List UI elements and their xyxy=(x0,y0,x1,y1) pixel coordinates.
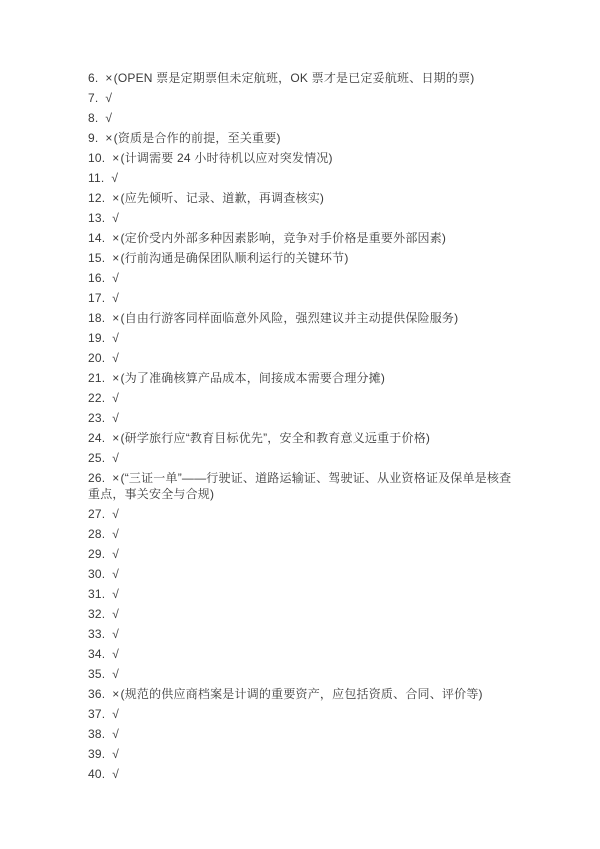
answer-item: 20.√ xyxy=(88,350,512,366)
answer-note: (规范的供应商档案是计调的重要资产，应包括资质、合同、评价等) xyxy=(121,687,483,701)
answer-item: 40.√ xyxy=(88,766,512,782)
document-page: 6.×(OPEN 票是定期票但未定航班，OK 票才是已定妥航班、日期的票) 7.… xyxy=(0,0,600,849)
answer-note: (资质是合作的前提，至关重要) xyxy=(114,131,281,145)
answer-number: 37. xyxy=(88,707,105,721)
answer-note: (定价受内外部多种因素影响，竞争对手价格是重要外部因素) xyxy=(121,231,447,245)
answer-mark: √ xyxy=(112,707,119,721)
answer-mark: × xyxy=(112,371,119,385)
answer-number: 25. xyxy=(88,451,105,465)
answer-mark: × xyxy=(112,231,119,245)
answer-item: 28.√ xyxy=(88,526,512,542)
answer-mark: × xyxy=(112,431,119,445)
answer-item: 22.√ xyxy=(88,390,512,406)
answer-mark: × xyxy=(112,251,119,265)
answer-item: 27.√ xyxy=(88,506,512,522)
answer-number: 30. xyxy=(88,567,105,581)
answer-mark: √ xyxy=(112,627,119,641)
answer-number: 17. xyxy=(88,291,105,305)
answer-number: 33. xyxy=(88,627,105,641)
answer-mark: × xyxy=(112,311,119,325)
answer-item: 6.×(OPEN 票是定期票但未定航班，OK 票才是已定妥航班、日期的票) xyxy=(88,70,512,86)
answer-item: 33.√ xyxy=(88,626,512,642)
answer-mark: √ xyxy=(112,747,119,761)
answer-number: 21. xyxy=(88,371,105,385)
answer-item: 15.×(行前沟通是确保团队顺利运行的关键环节) xyxy=(88,250,512,266)
answer-number: 7. xyxy=(88,91,98,105)
answer-number: 34. xyxy=(88,647,105,661)
answer-mark: √ xyxy=(112,647,119,661)
answer-item: 26.×(“三证一单”——行驶证、道路运输证、驾驶证、从业资格证及保单是核查重点… xyxy=(88,470,512,502)
answer-item: 21.×(为了准确核算产品成本，间接成本需要合理分摊) xyxy=(88,370,512,386)
answer-mark: √ xyxy=(112,351,119,365)
answer-mark: √ xyxy=(112,271,119,285)
answer-mark: √ xyxy=(112,667,119,681)
answer-mark: √ xyxy=(112,587,119,601)
answer-mark: × xyxy=(105,131,112,145)
answer-number: 18. xyxy=(88,311,105,325)
answer-number: 39. xyxy=(88,747,105,761)
answer-item: 25.√ xyxy=(88,450,512,466)
answer-item: 29.√ xyxy=(88,546,512,562)
answer-number: 23. xyxy=(88,411,105,425)
answer-item: 32.√ xyxy=(88,606,512,622)
answer-number: 35. xyxy=(88,667,105,681)
answer-number: 24. xyxy=(88,431,105,445)
answer-item: 30.√ xyxy=(88,566,512,582)
answer-item: 35.√ xyxy=(88,666,512,682)
answer-note: (“三证一单”——行驶证、道路运输证、驾驶证、从业资格证及保单是核查重点，事关安… xyxy=(88,471,511,501)
answer-mark: √ xyxy=(112,291,119,305)
answer-mark: × xyxy=(112,151,119,165)
answer-mark: × xyxy=(112,191,119,205)
answer-note: (OPEN 票是定期票但未定航班，OK 票才是已定妥航班、日期的票) xyxy=(114,71,475,85)
answer-number: 32. xyxy=(88,607,105,621)
answer-mark: × xyxy=(112,471,119,485)
answer-mark: √ xyxy=(112,391,119,405)
answer-number: 20. xyxy=(88,351,105,365)
answer-item: 9.×(资质是合作的前提，至关重要) xyxy=(88,130,512,146)
answer-number: 16. xyxy=(88,271,105,285)
answer-mark: × xyxy=(105,71,112,85)
answer-number: 36. xyxy=(88,687,105,701)
answer-item: 18.×(自由行游客同样面临意外风险，强烈建议并主动提供保险服务) xyxy=(88,310,512,326)
answer-number: 28. xyxy=(88,527,105,541)
answer-mark: √ xyxy=(105,91,112,105)
answer-number: 27. xyxy=(88,507,105,521)
answer-item: 17.√ xyxy=(88,290,512,306)
answer-number: 29. xyxy=(88,547,105,561)
answer-mark: √ xyxy=(105,111,112,125)
answer-number: 13. xyxy=(88,211,105,225)
answer-item: 14.×(定价受内外部多种因素影响，竞争对手价格是重要外部因素) xyxy=(88,230,512,246)
answer-item: 38.√ xyxy=(88,726,512,742)
answer-number: 15. xyxy=(88,251,105,265)
answer-item: 39.√ xyxy=(88,746,512,762)
answer-item: 36.×(规范的供应商档案是计调的重要资产，应包括资质、合同、评价等) xyxy=(88,686,512,702)
answer-number: 8. xyxy=(88,111,98,125)
answer-note: (为了准确核算产品成本，间接成本需要合理分摊) xyxy=(121,371,386,385)
answer-mark: √ xyxy=(111,171,118,185)
answer-number: 22. xyxy=(88,391,105,405)
answer-item: 24.×(研学旅行应“教育目标优先”，安全和教育意义远重于价格) xyxy=(88,430,512,446)
answer-number: 10. xyxy=(88,151,105,165)
answer-mark: √ xyxy=(112,547,119,561)
answer-number: 14. xyxy=(88,231,105,245)
answer-note: (计调需要 24 小时待机以应对突发情况) xyxy=(121,151,333,165)
answer-list: 6.×(OPEN 票是定期票但未定航班，OK 票才是已定妥航班、日期的票) 7.… xyxy=(88,70,512,782)
answer-note: (研学旅行应“教育目标优先”，安全和教育意义远重于价格) xyxy=(121,431,431,445)
answer-item: 10.×(计调需要 24 小时待机以应对突发情况) xyxy=(88,150,512,166)
answer-number: 12. xyxy=(88,191,105,205)
answer-note: (自由行游客同样面临意外风险，强烈建议并主动提供保险服务) xyxy=(121,311,459,325)
answer-mark: × xyxy=(112,687,119,701)
answer-number: 11. xyxy=(88,171,104,185)
answer-mark: √ xyxy=(112,451,119,465)
answer-mark: √ xyxy=(112,727,119,741)
answer-item: 11.√ xyxy=(88,170,512,186)
answer-number: 6. xyxy=(88,71,98,85)
answer-mark: √ xyxy=(112,527,119,541)
answer-note: (行前沟通是确保团队顺利运行的关键环节) xyxy=(121,251,349,265)
answer-number: 26. xyxy=(88,471,105,485)
answer-item: 37.√ xyxy=(88,706,512,722)
answer-item: 12.×(应先倾听、记录、道歉，再调查核实) xyxy=(88,190,512,206)
answer-mark: √ xyxy=(112,411,119,425)
answer-number: 9. xyxy=(88,131,98,145)
answer-number: 40. xyxy=(88,767,105,781)
answer-mark: √ xyxy=(112,567,119,581)
answer-mark: √ xyxy=(112,607,119,621)
answer-note: (应先倾听、记录、道歉，再调查核实) xyxy=(121,191,325,205)
answer-mark: √ xyxy=(112,507,119,521)
answer-item: 19.√ xyxy=(88,330,512,346)
answer-number: 31. xyxy=(88,587,105,601)
answer-number: 19. xyxy=(88,331,105,345)
answer-item: 16.√ xyxy=(88,270,512,286)
answer-item: 31.√ xyxy=(88,586,512,602)
answer-item: 23.√ xyxy=(88,410,512,426)
answer-number: 38. xyxy=(88,727,105,741)
answer-mark: √ xyxy=(112,331,119,345)
answer-mark: √ xyxy=(112,211,119,225)
answer-item: 8.√ xyxy=(88,110,512,126)
answer-item: 34.√ xyxy=(88,646,512,662)
answer-item: 7.√ xyxy=(88,90,512,106)
answer-mark: √ xyxy=(112,767,119,781)
answer-item: 13.√ xyxy=(88,210,512,226)
